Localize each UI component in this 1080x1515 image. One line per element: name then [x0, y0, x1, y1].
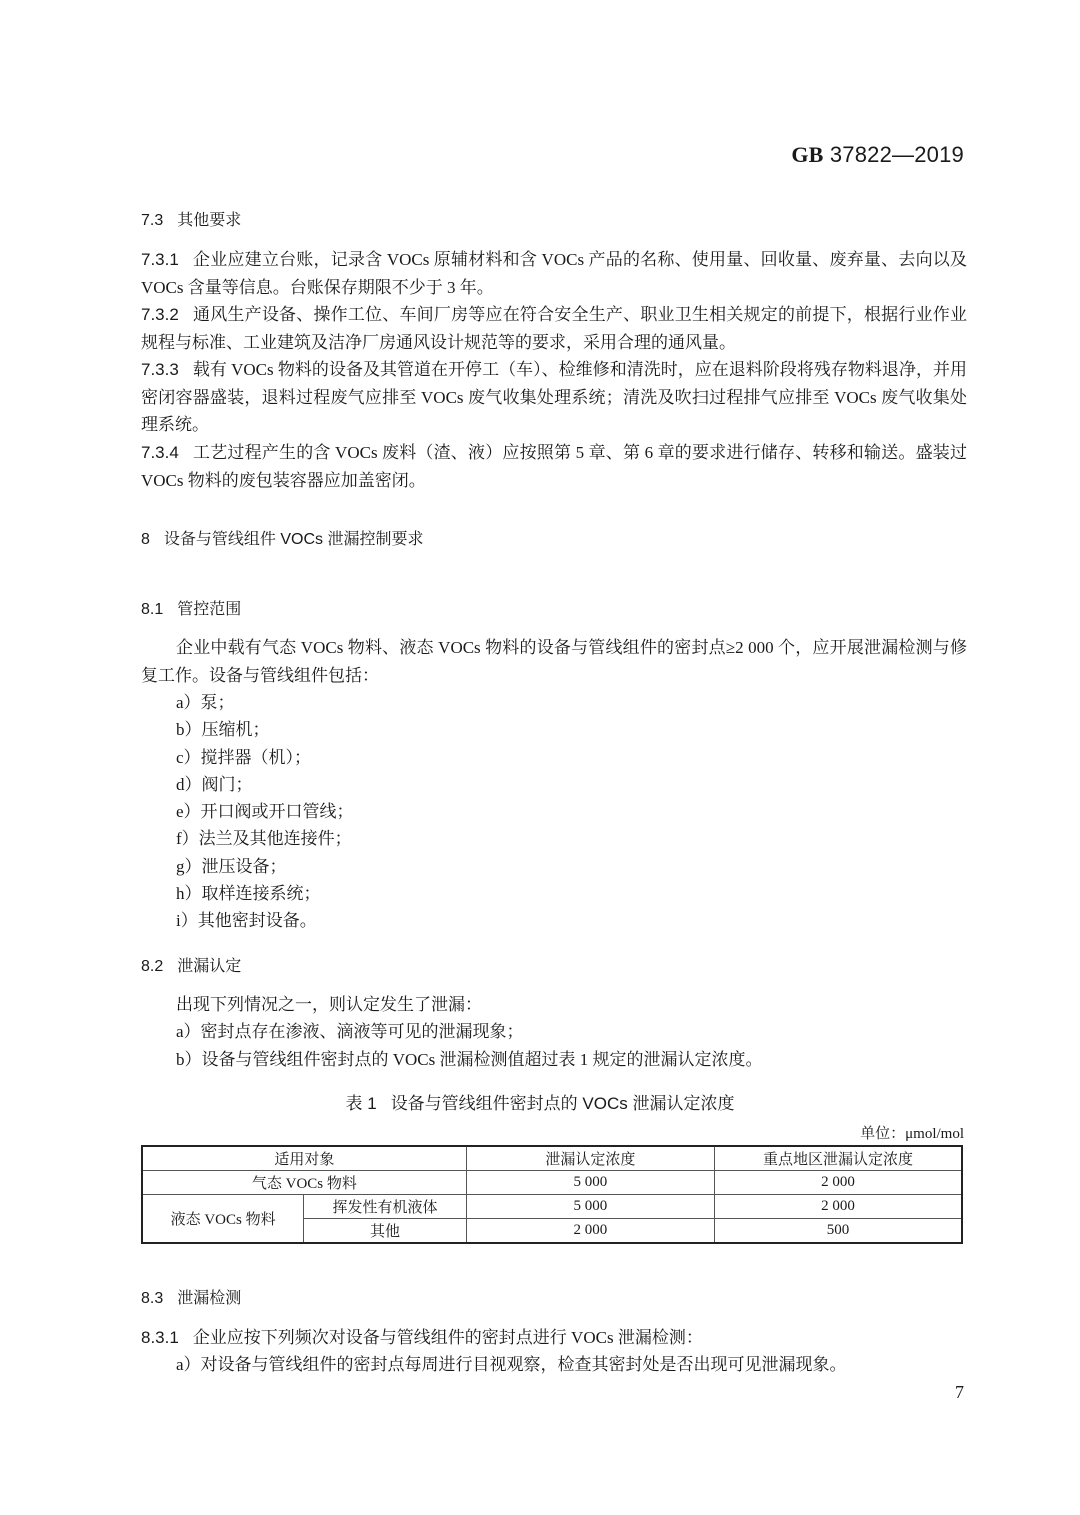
table-header-row: 适用对象 泄漏认定浓度 重点地区泄漏认定浓度	[142, 1146, 962, 1171]
list-item: i）其他密封设备。	[176, 907, 354, 934]
list-item: h）取样连接系统；	[176, 880, 354, 907]
table-cell: 挥发性有机液体	[304, 1195, 467, 1219]
list-item: g）泄压设备；	[176, 853, 354, 880]
table-caption: 表 1设备与管线组件密封点的 VOCs 泄漏认定浓度	[0, 1089, 1080, 1114]
heading-8: 8设备与管线组件 VOCs 泄漏控制要求	[141, 526, 423, 549]
clause-7-3-2: 7.3.2通风生产设备、操作工位、车间厂房等应在符合安全生产、职业卫生相关规定的…	[141, 301, 967, 356]
clause-8-3-1-list: a）对设备与管线组件的密封点每周进行目视观察，检查其密封处是否出现可见泄漏现象。	[176, 1351, 847, 1378]
clause-7-3-3: 7.3.3载有 VOCs 物料的设备及其管道在开停工（车）、检维修和清洗时，应在…	[141, 356, 967, 439]
heading-8-1: 8.1管控范围	[141, 596, 241, 619]
clause-8-3-1: 8.3.1企业应按下列频次对设备与管线组件的密封点进行 VOCs 泄漏检测：	[141, 1324, 967, 1352]
table-unit: 单位：μmol/mol	[860, 1122, 964, 1143]
list-item: a）密封点存在渗液、滴液等可见的泄漏现象；	[176, 1018, 763, 1045]
equipment-list: a）泵； b）压缩机； c）搅拌器（机）； d）阀门； e）开口阀或开口管线； …	[176, 689, 354, 935]
clause-8-1-intro: 企业中载有气态 VOCs 物料、液态 VOCs 物料的设备与管线组件的密封点≥2…	[141, 634, 967, 689]
header-cell: 泄漏认定浓度	[466, 1146, 714, 1171]
header-cell: 重点地区泄漏认定浓度	[715, 1146, 962, 1171]
list-item: f）法兰及其他连接件；	[176, 825, 354, 852]
list-item: e）开口阀或开口管线；	[176, 798, 354, 825]
table-cell: 其他	[304, 1219, 467, 1244]
standard-code: GB 37822—2019	[791, 142, 964, 168]
list-item: d）阀门；	[176, 771, 354, 798]
clause-7-3-4: 7.3.4工艺过程产生的含 VOCs 废料（渣、液）应按照第 5 章、第 6 章…	[141, 439, 967, 494]
clause-8-2-body: 出现下列情况之一，则认定发生了泄漏： a）密封点存在渗液、滴液等可见的泄漏现象；…	[176, 991, 763, 1073]
list-item: b）设备与管线组件密封点的 VOCs 泄漏检测值超过表 1 规定的泄漏认定浓度。	[176, 1046, 763, 1073]
table-cell: 2 000	[715, 1195, 962, 1219]
clause-8-2-intro: 出现下列情况之一，则认定发生了泄漏：	[176, 991, 763, 1018]
heading-7-3: 7.3其他要求	[141, 207, 241, 230]
table-cell: 气态 VOCs 物料	[142, 1171, 466, 1195]
table-cell: 液态 VOCs 物料	[142, 1195, 304, 1244]
list-item: c）搅拌器（机）；	[176, 744, 354, 771]
table-cell: 2 000	[715, 1171, 962, 1195]
header-cell: 适用对象	[142, 1146, 466, 1171]
list-item: a）对设备与管线组件的密封点每周进行目视观察，检查其密封处是否出现可见泄漏现象。	[176, 1351, 847, 1378]
table-cell: 2 000	[466, 1219, 714, 1244]
heading-8-3: 8.3泄漏检测	[141, 1285, 241, 1308]
leak-threshold-table: 适用对象 泄漏认定浓度 重点地区泄漏认定浓度 气态 VOCs 物料 5 000 …	[141, 1145, 963, 1244]
heading-8-2: 8.2泄漏认定	[141, 953, 241, 976]
list-item: a）泵；	[176, 689, 354, 716]
page-number: 7	[955, 1382, 964, 1403]
table-cell: 5 000	[466, 1195, 714, 1219]
table-cell: 5 000	[466, 1171, 714, 1195]
table-row: 液态 VOCs 物料 挥发性有机液体 5 000 2 000	[142, 1195, 962, 1219]
clause-7-3-1: 7.3.1企业应建立台账，记录含 VOCs 原辅材料和含 VOCs 产品的名称、…	[141, 246, 967, 301]
list-item: b）压缩机；	[176, 716, 354, 743]
table-cell: 500	[715, 1219, 962, 1244]
table-row: 气态 VOCs 物料 5 000 2 000	[142, 1171, 962, 1195]
